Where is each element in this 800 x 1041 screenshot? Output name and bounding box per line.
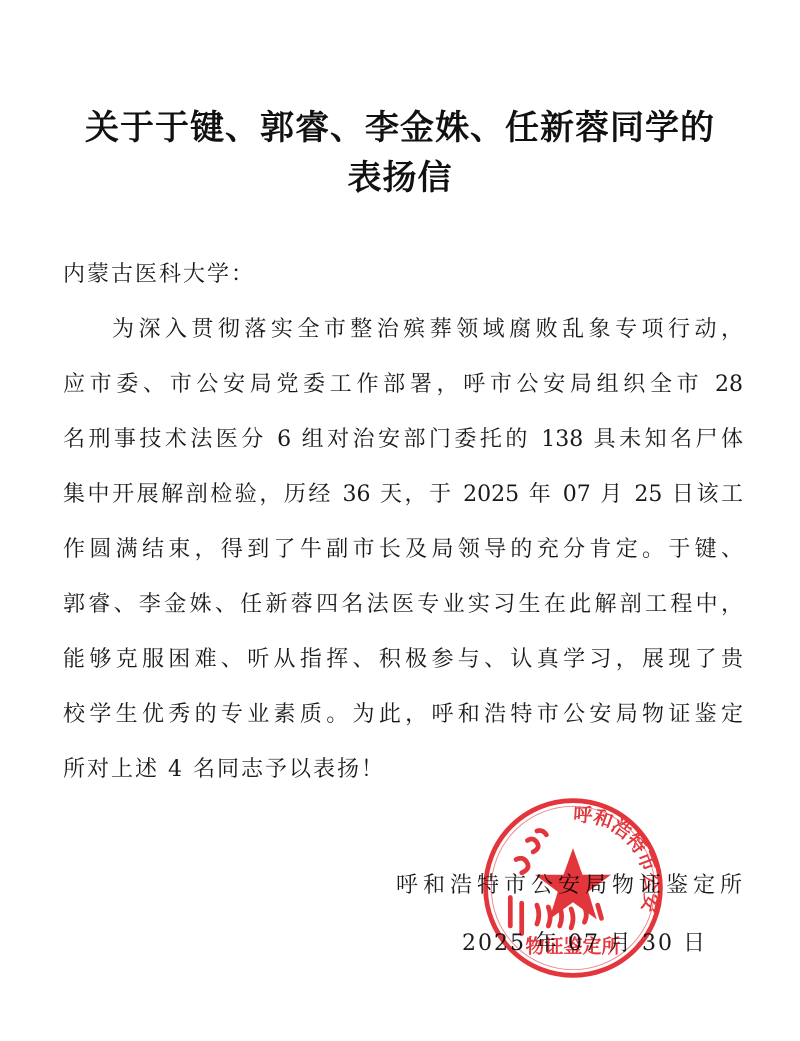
body-line-8: 校学生优秀的专业素质。为此，呼和浩特市公安局物证鉴定	[63, 697, 743, 728]
body-line-5: 作圆满结束，得到了牛副市长及局领导的充分肯定。于键、	[63, 532, 743, 563]
body-line-3: 名刑事技术法医分 6 组对治安部门委托的 138 具未知名尸体	[63, 422, 743, 453]
seal-bottom-text: 物证鉴定所	[525, 935, 620, 958]
official-seal-icon: 呼和浩特市公安局 物证鉴定所	[478, 793, 668, 983]
letter-title-line-2: 表扬信	[40, 150, 760, 199]
body-line-7: 能够克服困难、听从指挥、积极参与、认真学习，展现了贵	[63, 642, 743, 673]
body-line-6: 郭睿、李金姝、任新蓉四名法医专业实习生在此解剖工程中，	[63, 587, 743, 618]
body-line-9: 所对上述 4 名同志予以表扬！	[63, 752, 743, 783]
letter-title-line-1: 关于于键、郭睿、李金姝、任新蓉同学的	[40, 100, 760, 149]
body-line-4: 集中开展解剖检验，历经 36 天，于 2025 年 07 月 25 日该工	[63, 477, 743, 508]
salutation: 内蒙古医科大学：	[63, 257, 255, 288]
body-line-2: 应市委、市公安局党委工作部署，呼市公安局组织全市 28	[63, 367, 743, 398]
body-line-1: 为深入贯彻落实全市整治殡葬领域腐败乱象专项行动，	[112, 312, 743, 343]
letter-page: 关于于键、郭睿、李金姝、任新蓉同学的 表扬信 内蒙古医科大学： 为深入贯彻落实全…	[0, 0, 800, 1041]
